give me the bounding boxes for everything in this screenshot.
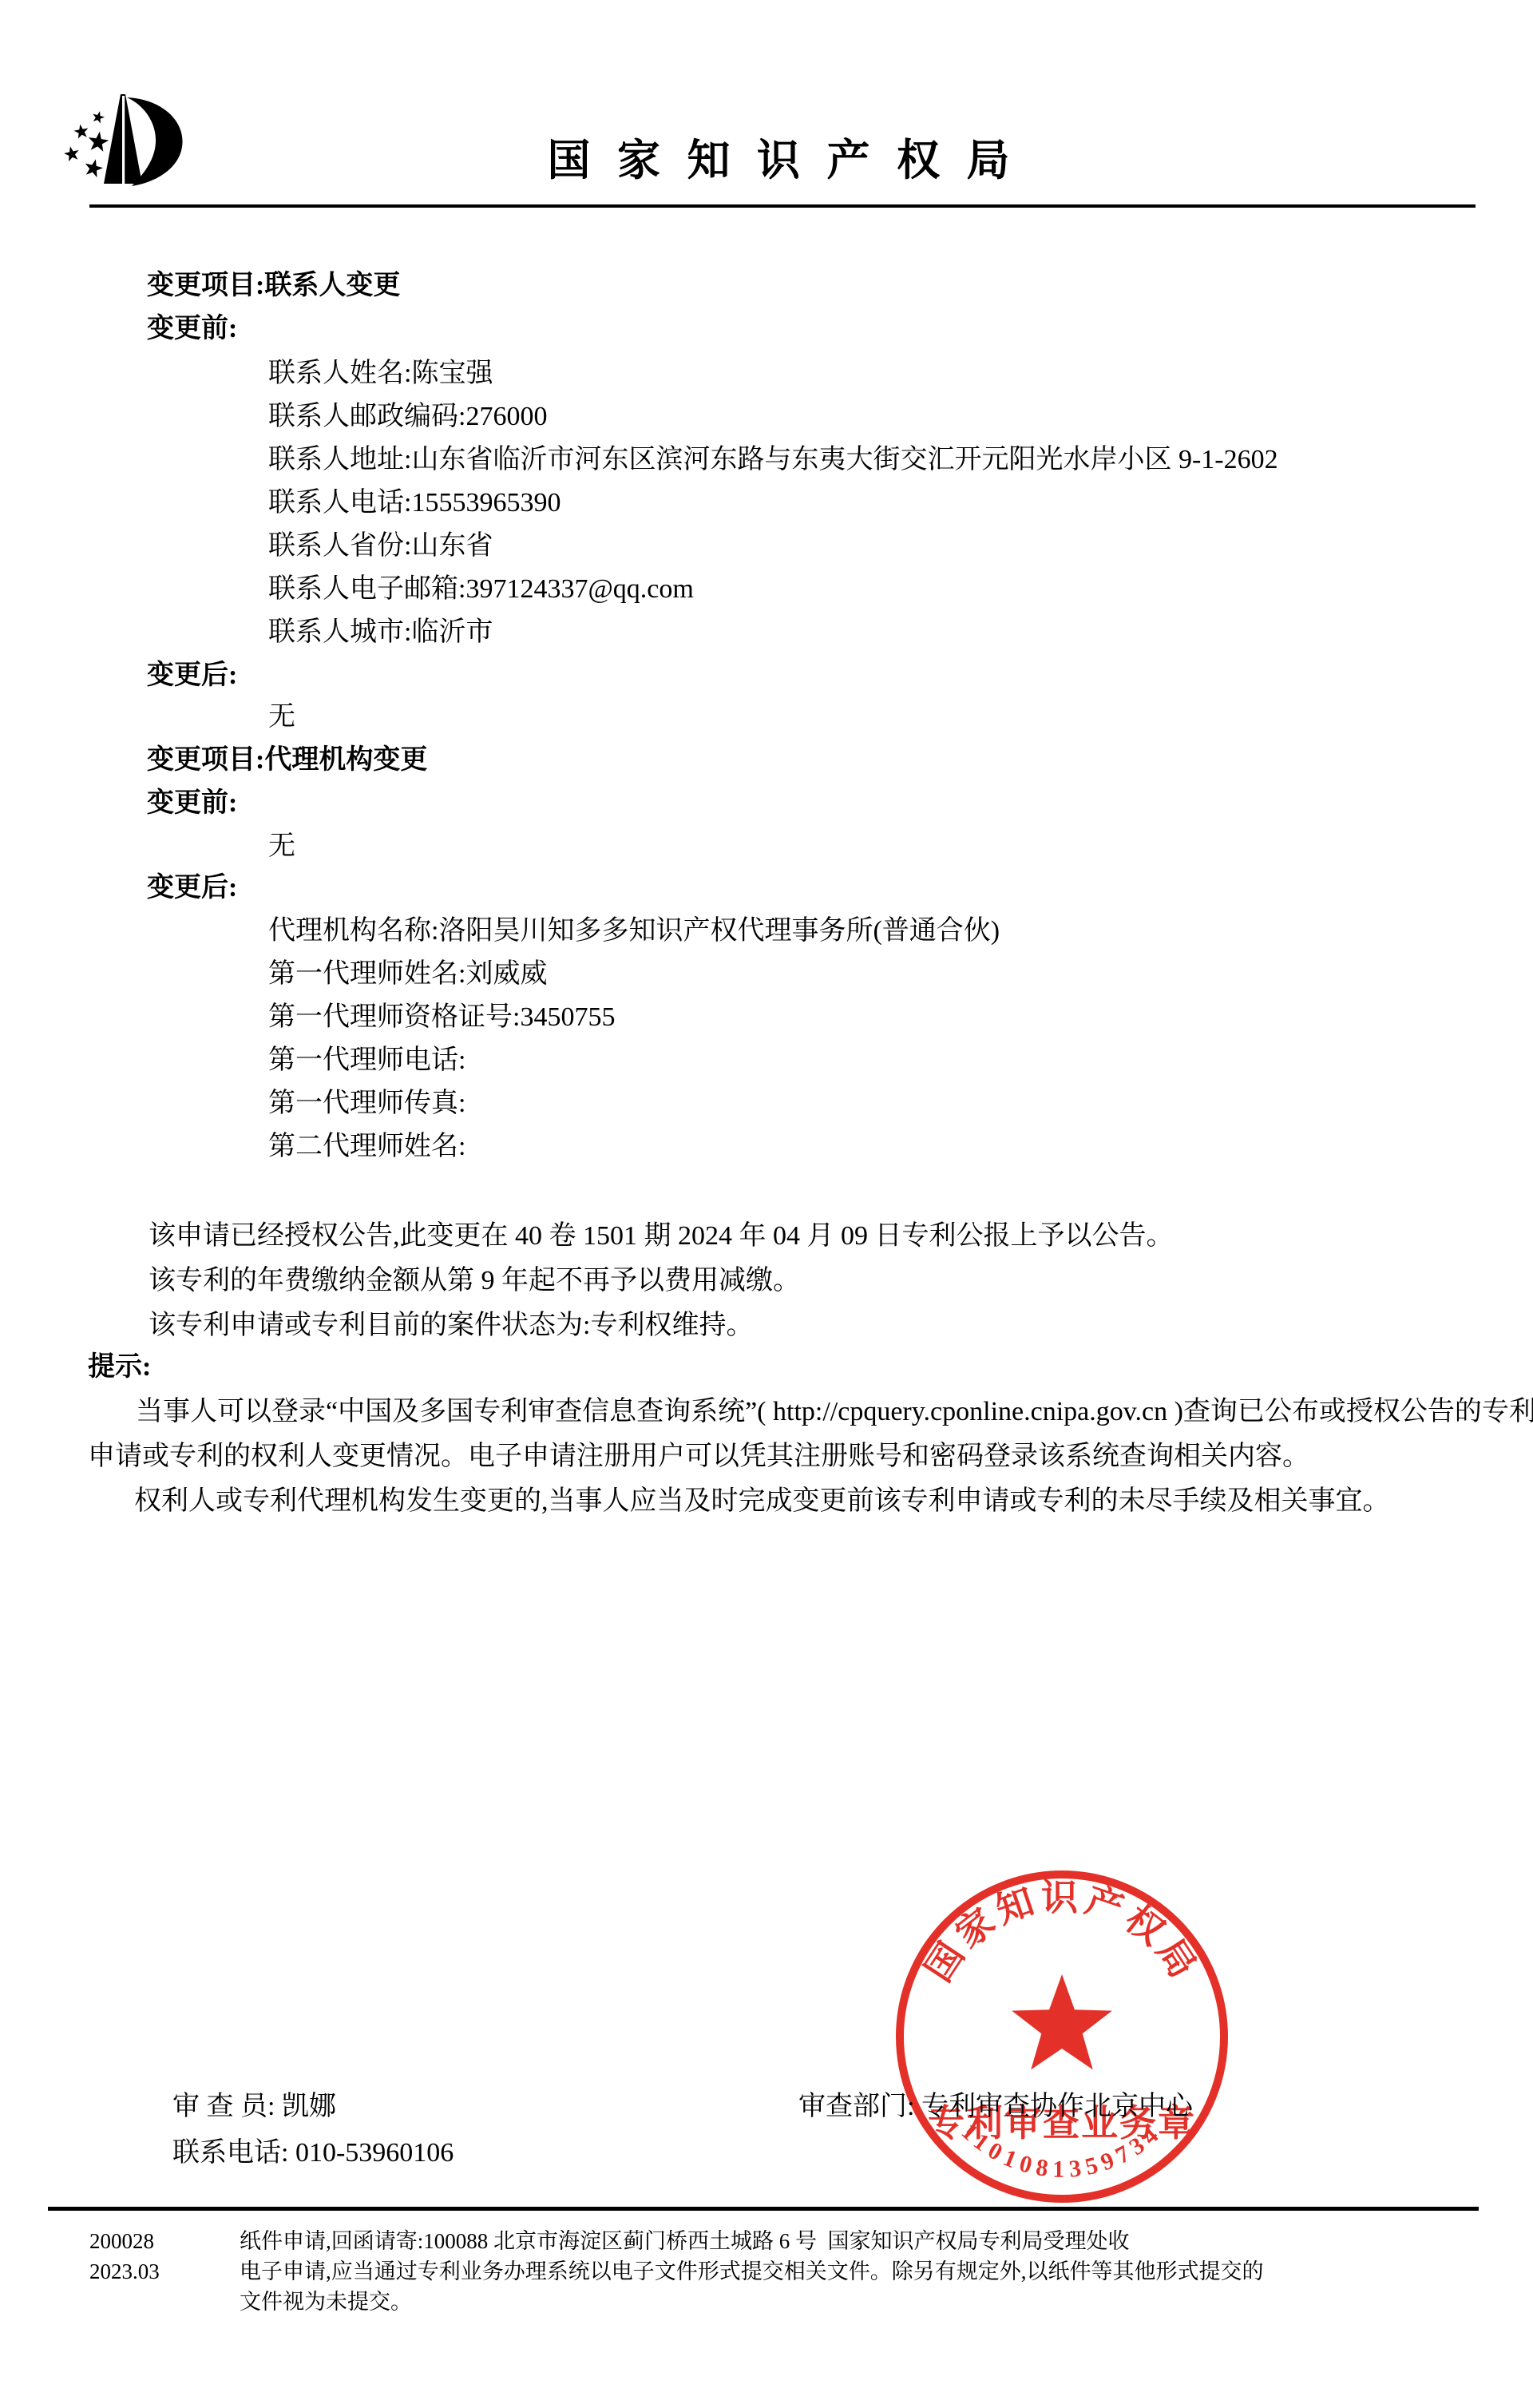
agency-title: 国 家 知 识 产 权 局: [548, 126, 1018, 188]
footer-electronic-instruction: 电子申请,应当通过专利业务办理系统以电子文件形式提交相关文件。除另有规定外,以纸…: [240, 2259, 1264, 2284]
field-first-agent-phone: 第一代理师电话:: [268, 1045, 465, 1077]
stamp-arc-text: 国家知识产权局: [917, 1878, 1206, 1989]
note-case-status: 该专利申请或专利目前的案件状态为:专利权维持。: [149, 1310, 753, 1343]
before-label-2: 变更前:: [147, 787, 237, 820]
review-department: 审查部门: 专利审查协作北京中心: [798, 2091, 1193, 2124]
note-annuity: 该专利的年费缴纳金额从第 9 年起不再予以费用减缴。: [149, 1265, 800, 1298]
field-contact-city: 联系人城市:临沂市: [268, 617, 493, 649]
official-seal-stamp: 国家知识产权局 专利审查业务章 1101081359734: [893, 1867, 1231, 2206]
field-contact-postcode: 联系人邮政编码:276000: [268, 401, 547, 434]
field-contact-phone: 联系人电话:15553965390: [268, 487, 561, 520]
field-first-agent-fax: 第一代理师传真:: [268, 1088, 465, 1121]
field-contact-address: 联系人地址:山东省临沂市河东区滨河东路与东夷大街交汇开元阳光水岸小区 9-1-2…: [268, 444, 1278, 477]
header-divider: [89, 204, 1476, 208]
section-heading-agency-change: 变更项目:代理机构变更: [147, 744, 427, 777]
field-first-agent-name: 第一代理师姓名:刘威威: [268, 958, 547, 991]
field-contact-name: 联系人姓名:陈宝强: [268, 358, 493, 391]
stamp-star-icon: [1012, 1974, 1112, 2069]
after-label-1: 变更后:: [147, 660, 237, 692]
tips-line-2: 申请或专利的权利人变更情况。电子申请注册用户可以凭其注册账号和密码登录该系统查询…: [88, 1441, 1309, 1474]
before-value-none-2: 无: [268, 831, 295, 863]
footer-electronic-instruction-cont: 文件视为未提交。: [240, 2289, 412, 2315]
logo-star-3: [87, 130, 110, 153]
after-value-none-1: 无: [268, 701, 295, 734]
examiner-name: 审 查 员: 凯娜: [172, 2091, 336, 2124]
tips-line-1: 当事人可以登录“中国及多国专利审查信息查询系统”( http://cpquery…: [136, 1396, 1533, 1429]
tips-label: 提示:: [88, 1351, 151, 1384]
footer-paper-instruction: 纸件申请,回函请寄:100088 北京市海淀区蓟门桥西土城路 6 号 国家知识产…: [240, 2228, 1130, 2254]
logo-star-2: [73, 123, 89, 139]
examiner-phone: 联系电话: 010-53960106: [172, 2137, 454, 2170]
document-page: 国 家 知 识 产 权 局 变更项目:联系人变更 变更前: 联系人姓名:陈宝强 …: [0, 0, 1533, 2408]
field-contact-province: 联系人省份:山东省: [268, 530, 493, 563]
logo-star-5: [83, 157, 105, 179]
before-label-1: 变更前:: [147, 313, 237, 346]
field-contact-email: 联系人电子邮箱:397124337@qq.com: [268, 573, 694, 606]
cnipa-logo: [60, 94, 188, 188]
logo-spire: [63, 94, 183, 186]
form-code: 200028: [89, 2228, 154, 2254]
note-publication: 该申请已经授权公告,此变更在 40 卷 1501 期 2024 年 04 月 0…: [149, 1220, 1174, 1253]
footer-divider: [48, 2207, 1479, 2211]
logo-star-4: [63, 145, 81, 162]
form-date: 2023.03: [89, 2259, 160, 2284]
field-agency-name: 代理机构名称:洛阳昊川知多多知识产权代理事务所(普通合伙): [268, 915, 1000, 948]
after-label-2: 变更后:: [147, 872, 237, 905]
logo-star-1: [91, 109, 105, 124]
field-second-agent-name: 第二代理师姓名:: [268, 1131, 465, 1164]
section-heading-contact-change: 变更项目:联系人变更: [147, 270, 400, 303]
tips-line-3: 权利人或专利代理机构发生变更的,当事人应当及时完成变更前该专利申请或专利的未尽手…: [134, 1486, 1390, 1518]
field-first-agent-cert: 第一代理师资格证号:3450755: [268, 1002, 615, 1034]
